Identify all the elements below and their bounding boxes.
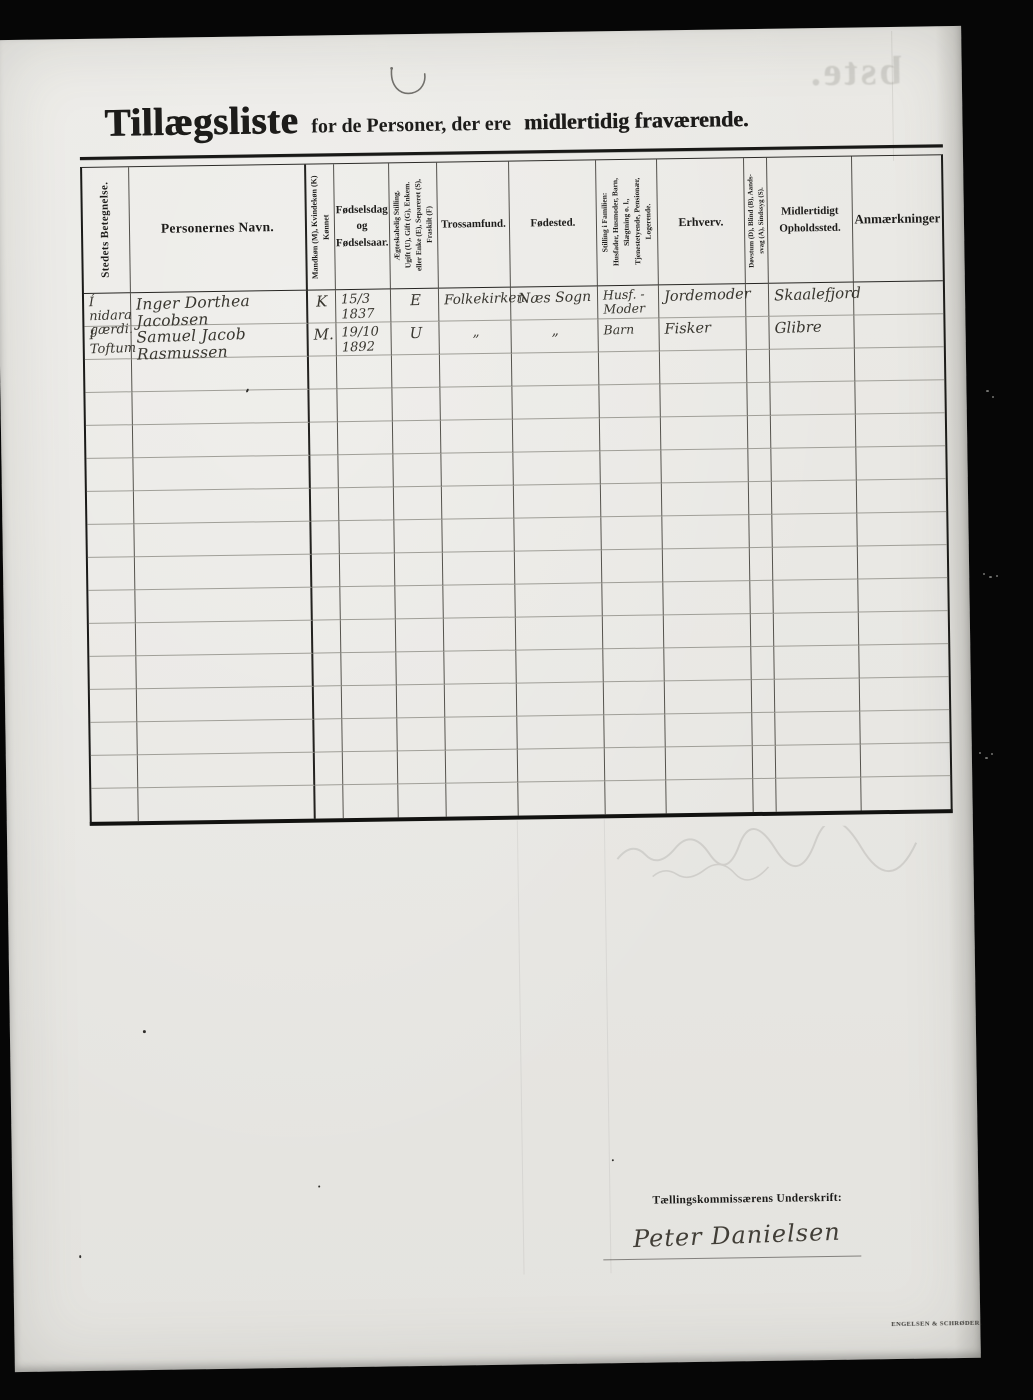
cell-fodested-row15 bbox=[518, 748, 605, 782]
cell-stilling-row13 bbox=[604, 681, 665, 715]
cell-dovstum-row2 bbox=[746, 317, 769, 350]
printer-imprint: ENGELSEN & SCHRØDER. bbox=[891, 1320, 982, 1328]
cell-sted-row1: Í nidara gærdi. bbox=[84, 293, 131, 327]
cell-trossamfund-row2: „ bbox=[439, 321, 511, 355]
cell-dovstum-row10 bbox=[750, 581, 773, 614]
cell-ophold-row13 bbox=[775, 678, 860, 712]
cell-dovstum-row4 bbox=[747, 383, 770, 416]
cell-stilling-row4 bbox=[599, 384, 660, 418]
cell-anm-row5 bbox=[856, 413, 945, 447]
cell-sted-row3 bbox=[85, 359, 132, 393]
paper-speck bbox=[79, 1255, 81, 1258]
cell-navn-row8 bbox=[134, 522, 311, 558]
cell-ophold-row7 bbox=[772, 481, 857, 515]
cell-navn-row7 bbox=[134, 489, 311, 525]
handwritten-entry: Glibre bbox=[774, 318, 822, 338]
cell-navn-row15 bbox=[138, 753, 315, 789]
cell-kon-row11 bbox=[313, 620, 341, 653]
cell-fodested-row9 bbox=[515, 550, 602, 584]
cell-stilling-row7 bbox=[601, 483, 662, 517]
cell-navn-row10 bbox=[135, 588, 312, 624]
cell-aegteskab-row6 bbox=[393, 454, 441, 488]
cell-ophold-row1: Skaalefjord bbox=[769, 283, 854, 317]
cell-ophold-row8 bbox=[772, 514, 857, 548]
cell-erhverv-row10 bbox=[663, 581, 750, 615]
cell-anm-row13 bbox=[860, 677, 949, 711]
cell-anm-row11 bbox=[859, 611, 948, 645]
film-speck bbox=[989, 576, 992, 578]
cell-trossamfund-row12 bbox=[444, 651, 516, 685]
cell-fodested-row11 bbox=[516, 616, 603, 650]
cell-kon-row14 bbox=[314, 719, 342, 752]
cell-kon-row16 bbox=[315, 785, 343, 818]
cell-navn-row5 bbox=[133, 423, 310, 459]
cell-aegteskab-row4 bbox=[392, 388, 440, 422]
cell-fodested-row6 bbox=[513, 451, 600, 485]
column-header-kon: Kønnet Mandkøn (M), Kvindekøn (K) bbox=[306, 164, 336, 290]
cell-stilling-row8 bbox=[601, 516, 662, 550]
cell-fodt-row10 bbox=[340, 586, 395, 620]
handwritten-entry: K bbox=[316, 292, 328, 310]
cell-anm-row6 bbox=[856, 446, 945, 480]
cell-fodt-row8 bbox=[339, 520, 394, 554]
cell-kon-row7 bbox=[311, 488, 339, 521]
form-title-emphasis: midlertidig fraværende. bbox=[524, 106, 749, 135]
cell-kon-row4 bbox=[309, 389, 337, 422]
cell-stilling-row2: Barn bbox=[598, 318, 659, 352]
column-header-navn: Personernes Navn. bbox=[129, 165, 308, 294]
cell-aegteskab-row10 bbox=[395, 586, 443, 620]
cell-sted-row10 bbox=[88, 590, 135, 624]
cell-dovstum-row8 bbox=[749, 515, 772, 548]
cell-stilling-row16 bbox=[605, 780, 666, 814]
cell-dovstum-row7 bbox=[749, 482, 772, 515]
handwritten-entry: „ bbox=[472, 324, 480, 340]
cell-dovstum-row11 bbox=[751, 614, 774, 647]
column-header-anm: Anmærkninger bbox=[852, 155, 943, 282]
cell-stilling-row12 bbox=[603, 648, 664, 682]
cell-aegteskab-row16 bbox=[398, 784, 446, 818]
cell-sted-row15 bbox=[91, 755, 138, 789]
cell-trossamfund-row10 bbox=[443, 585, 515, 619]
cell-anm-row16 bbox=[861, 776, 950, 810]
bleed-through-text: bste. bbox=[807, 47, 902, 95]
cell-trossamfund-row13 bbox=[445, 684, 517, 718]
column-header-trossamfund: Trossamfund. bbox=[437, 162, 511, 289]
column-header-text-aegteskab: Ægteskabelig Stilling. Ugift (U), Gift (… bbox=[391, 179, 436, 272]
cell-aegteskab-row7 bbox=[394, 487, 442, 521]
cell-ophold-row6 bbox=[771, 448, 856, 482]
cell-fodt-row15 bbox=[343, 751, 398, 785]
cell-sted-row9 bbox=[88, 557, 135, 591]
bleed-through-handwriting bbox=[612, 825, 923, 890]
cell-erhverv-row14 bbox=[665, 713, 752, 747]
cell-erhverv-row3 bbox=[660, 350, 747, 384]
cell-erhverv-row8 bbox=[662, 515, 749, 549]
cell-fodt-row9 bbox=[340, 553, 395, 587]
column-header-sted: Stedets Betegnelse. bbox=[82, 167, 131, 294]
cell-stilling-row9 bbox=[602, 549, 663, 583]
cell-kon-row13 bbox=[314, 686, 342, 719]
handwritten-entry: Jordemoder bbox=[664, 286, 751, 305]
cell-fodt-row14 bbox=[342, 718, 397, 752]
cell-aegteskab-row3 bbox=[392, 355, 440, 389]
column-header-stilling: Stilling i Familien: Husfader, Husmoder,… bbox=[596, 159, 659, 286]
handwritten-entry: Barn bbox=[603, 323, 634, 337]
cell-trossamfund-row8 bbox=[442, 519, 514, 553]
cell-stilling-row11 bbox=[603, 615, 664, 649]
cell-aegteskab-row8 bbox=[394, 520, 442, 554]
cell-erhverv-row5 bbox=[661, 416, 748, 450]
cell-ophold-row4 bbox=[770, 382, 855, 416]
handwritten-entry: Husf. - Moder bbox=[603, 287, 646, 315]
handwritten-entry: 15/3 1837 bbox=[341, 291, 387, 322]
cell-sted-row4 bbox=[85, 392, 132, 426]
cell-kon-row10 bbox=[312, 587, 340, 620]
handwritten-entry: Skaalefjord bbox=[774, 284, 861, 305]
cell-erhverv-row7 bbox=[662, 482, 749, 516]
cell-dovstum-row6 bbox=[748, 449, 771, 482]
cell-trossamfund-row14 bbox=[445, 717, 517, 751]
cell-kon-row1: K bbox=[308, 290, 336, 323]
cell-fodt-row7 bbox=[339, 487, 394, 521]
cell-navn-row1: Inger Dorthea Jacobsen bbox=[131, 291, 308, 327]
cell-kon-row15 bbox=[315, 752, 343, 785]
cell-stilling-row5 bbox=[600, 417, 661, 451]
cell-ophold-row3 bbox=[770, 349, 855, 383]
cell-navn-row14 bbox=[137, 720, 314, 756]
cell-trossamfund-row1: Folkekirken bbox=[439, 288, 511, 322]
cell-fodested-row7 bbox=[514, 484, 601, 518]
film-speck bbox=[979, 752, 981, 754]
cell-fodested-row3 bbox=[512, 352, 599, 386]
cell-sted-row5 bbox=[86, 425, 133, 459]
cell-aegteskab-row15 bbox=[398, 751, 446, 785]
column-header-ophold: Midlertidigt Opholdssted. bbox=[767, 157, 854, 284]
cell-dovstum-row16 bbox=[753, 779, 776, 812]
cell-sted-row7 bbox=[87, 491, 134, 525]
cell-kon-row8 bbox=[311, 521, 339, 554]
signature-handwriting: Peter Danielsen bbox=[633, 1218, 842, 1253]
cell-anm-row9 bbox=[858, 545, 947, 579]
cell-anm-row1 bbox=[854, 281, 943, 315]
cell-aegteskab-row13 bbox=[397, 685, 445, 719]
cell-aegteskab-row14 bbox=[397, 718, 445, 752]
cell-fodt-row6 bbox=[338, 454, 393, 488]
cell-sted-row2: Í Toftum bbox=[84, 326, 131, 360]
cell-anm-row10 bbox=[858, 578, 947, 612]
cell-erhverv-row16 bbox=[666, 779, 753, 813]
cell-fodested-row13 bbox=[517, 682, 604, 716]
cell-navn-row11 bbox=[136, 621, 313, 657]
cell-kon-row3 bbox=[309, 356, 337, 389]
cell-ophold-row5 bbox=[771, 415, 856, 449]
cell-kon-row5 bbox=[310, 422, 338, 455]
cell-anm-row3 bbox=[855, 347, 944, 381]
cell-stilling-row14 bbox=[604, 714, 665, 748]
cell-dovstum-row1 bbox=[746, 284, 769, 317]
column-header-text-sted: Stedets Betegnelse. bbox=[97, 182, 114, 278]
cell-fodt-row2: 19/10 1892 bbox=[336, 322, 391, 356]
cell-dovstum-row15 bbox=[753, 746, 776, 779]
handwritten-entry: Næs Sogn bbox=[518, 289, 592, 307]
cell-fodt-row12 bbox=[341, 652, 396, 686]
cell-sted-row6 bbox=[86, 458, 133, 492]
cell-ophold-row14 bbox=[775, 711, 860, 745]
cell-trossamfund-row15 bbox=[446, 750, 518, 784]
handwritten-entry: U bbox=[409, 324, 422, 342]
cell-trossamfund-row5 bbox=[441, 420, 513, 454]
cell-dovstum-row5 bbox=[748, 416, 771, 449]
cell-ophold-row10 bbox=[773, 579, 858, 613]
cell-fodested-row16 bbox=[518, 781, 605, 815]
cell-kon-row12 bbox=[313, 653, 341, 686]
cell-trossamfund-row3 bbox=[440, 354, 512, 388]
cell-erhverv-row1: Jordemoder bbox=[659, 284, 746, 318]
cell-anm-row2 bbox=[854, 314, 943, 348]
cell-dovstum-row14 bbox=[752, 713, 775, 746]
cell-navn-row4 bbox=[132, 390, 309, 426]
bleed-through-line bbox=[604, 819, 612, 1273]
cell-stilling-row1: Husf. - Moder bbox=[598, 285, 659, 319]
cell-trossamfund-row4 bbox=[440, 387, 512, 421]
cell-ophold-row11 bbox=[774, 612, 859, 646]
cell-fodested-row5 bbox=[513, 418, 600, 452]
cell-dovstum-row13 bbox=[752, 680, 775, 713]
handwritten-entry: 19/10 1892 bbox=[341, 324, 387, 355]
signature-label: Tællingskommissærens Underskrift: bbox=[652, 1192, 842, 1207]
cell-stilling-row15 bbox=[605, 747, 666, 781]
cell-anm-row15 bbox=[861, 743, 950, 777]
column-header-dovstum: Døvstum (D), Blind (B), Aands- svag (A),… bbox=[744, 158, 769, 284]
cell-fodested-row4 bbox=[512, 385, 599, 419]
film-speck bbox=[992, 396, 994, 398]
cell-sted-row16 bbox=[91, 788, 138, 822]
cell-kon-row6 bbox=[310, 455, 338, 488]
cell-navn-row6 bbox=[133, 456, 310, 492]
film-speck bbox=[983, 573, 985, 575]
cell-erhverv-row2: Fisker bbox=[659, 317, 746, 351]
cell-dovstum-row9 bbox=[750, 548, 773, 581]
cell-aegteskab-row5 bbox=[393, 421, 441, 455]
cell-erhverv-row13 bbox=[665, 680, 752, 714]
paper-speck bbox=[318, 1186, 320, 1188]
cell-kon-row9 bbox=[312, 554, 340, 587]
census-table-wrap: Stedets Betegnelse.Personernes Navn.Kønn… bbox=[80, 144, 953, 826]
column-header-fodested: Fødested. bbox=[509, 160, 598, 287]
cell-navn-row16 bbox=[138, 786, 315, 822]
film-speck bbox=[986, 390, 989, 392]
cell-kon-row2: M. bbox=[308, 323, 336, 356]
paper-speck bbox=[143, 1030, 146, 1033]
cell-anm-row12 bbox=[859, 644, 948, 678]
cell-erhverv-row11 bbox=[664, 614, 751, 648]
bleed-through-line bbox=[517, 821, 525, 1275]
cell-sted-row13 bbox=[90, 689, 137, 723]
cell-ophold-row9 bbox=[773, 546, 858, 580]
cell-ophold-row16 bbox=[776, 777, 861, 811]
cell-fodested-row12 bbox=[516, 649, 603, 683]
cell-sted-row8 bbox=[87, 524, 134, 558]
cell-fodt-row5 bbox=[338, 421, 393, 455]
cell-trossamfund-row7 bbox=[442, 486, 514, 520]
form-title: Tillægsliste for de Personer, der ere mi… bbox=[104, 91, 749, 146]
column-header-aegteskab: Ægteskabelig Stilling. Ugift (U), Gift (… bbox=[389, 163, 439, 290]
cell-navn-row13 bbox=[137, 687, 314, 723]
cell-aegteskab-row1: E bbox=[391, 289, 439, 323]
cell-ophold-row12 bbox=[774, 645, 859, 679]
microfilm-background: bste. Tillægsliste for de Personer, der … bbox=[0, 0, 1033, 1400]
cell-fodt-row1: 15/3 1837 bbox=[336, 289, 391, 323]
cell-aegteskab-row11 bbox=[396, 619, 444, 653]
cell-erhverv-row12 bbox=[664, 647, 751, 681]
cell-navn-row9 bbox=[135, 555, 312, 591]
cell-sted-row12 bbox=[89, 656, 136, 690]
cell-stilling-row10 bbox=[602, 582, 663, 616]
column-header-erhverv: Erhverv. bbox=[657, 158, 746, 285]
form-title-main: Tillægsliste bbox=[104, 98, 298, 146]
cell-navn-row3 bbox=[132, 357, 309, 393]
cell-sted-row14 bbox=[90, 722, 137, 756]
column-header-fodt: Fødselsdag og Fødselsaar. bbox=[334, 163, 391, 290]
cell-erhverv-row6 bbox=[661, 449, 748, 483]
cell-fodt-row4 bbox=[337, 388, 392, 422]
column-header-text-stilling: Stilling i Familien: Husfader, Husmoder,… bbox=[599, 178, 655, 267]
cell-dovstum-row3 bbox=[747, 350, 770, 383]
cell-anm-row4 bbox=[855, 380, 944, 414]
handwritten-entry: E bbox=[409, 291, 421, 309]
film-speck bbox=[991, 753, 993, 755]
cell-sted-row11 bbox=[89, 623, 136, 657]
column-header-text-kon: Kønnet Mandkøn (M), Kvindekøn (K) bbox=[308, 175, 333, 279]
cell-trossamfund-row16 bbox=[446, 783, 518, 817]
cell-anm-row7 bbox=[857, 479, 946, 513]
handwritten-entry: „ bbox=[551, 323, 559, 339]
form-title-middle: for de Personer, der ere bbox=[311, 113, 511, 139]
cell-trossamfund-row11 bbox=[444, 618, 516, 652]
cell-erhverv-row15 bbox=[666, 746, 753, 780]
paper-speck bbox=[612, 1159, 614, 1161]
column-header-text-dovstum: Døvstum (D), Blind (B), Aands- svag (A),… bbox=[745, 173, 767, 267]
cell-aegteskab-row9 bbox=[395, 553, 443, 587]
cell-fodested-row2: „ bbox=[511, 319, 598, 353]
census-form-page: bste. Tillægsliste for de Personer, der … bbox=[0, 26, 981, 1372]
cell-navn-row2: Samuel Jacob Rasmussen bbox=[131, 324, 308, 360]
signature-line bbox=[603, 1256, 861, 1261]
cell-dovstum-row12 bbox=[751, 647, 774, 680]
cell-navn-row12 bbox=[136, 654, 313, 690]
film-speck bbox=[996, 575, 998, 577]
cell-anm-row8 bbox=[857, 512, 946, 546]
cell-ophold-row15 bbox=[776, 744, 861, 778]
cell-trossamfund-row6 bbox=[441, 453, 513, 487]
cell-fodt-row16 bbox=[343, 784, 398, 818]
cell-aegteskab-row12 bbox=[396, 652, 444, 686]
cell-fodt-row11 bbox=[341, 619, 396, 653]
cell-fodested-row10 bbox=[515, 583, 602, 617]
cell-fodt-row13 bbox=[342, 685, 397, 719]
cell-trossamfund-row9 bbox=[443, 552, 515, 586]
cell-fodt-row3 bbox=[337, 355, 392, 389]
cell-stilling-row6 bbox=[600, 450, 661, 484]
cell-fodested-row1: Næs Sogn bbox=[511, 286, 598, 320]
cell-fodested-row14 bbox=[517, 715, 604, 749]
cell-fodested-row8 bbox=[514, 517, 601, 551]
cell-ophold-row2: Glibre bbox=[769, 316, 854, 350]
cell-aegteskab-row2: U bbox=[391, 322, 439, 356]
film-speck bbox=[985, 757, 988, 759]
handwritten-entry: M. bbox=[313, 325, 334, 344]
cell-stilling-row3 bbox=[599, 351, 660, 385]
cell-anm-row14 bbox=[860, 710, 949, 744]
handwritten-entry: Í Toftum bbox=[89, 328, 136, 357]
handwritten-entry: Fisker bbox=[664, 320, 711, 337]
census-table: Stedets Betegnelse.Personernes Navn.Kønn… bbox=[80, 154, 953, 826]
cell-erhverv-row9 bbox=[663, 548, 750, 582]
cell-erhverv-row4 bbox=[660, 383, 747, 417]
